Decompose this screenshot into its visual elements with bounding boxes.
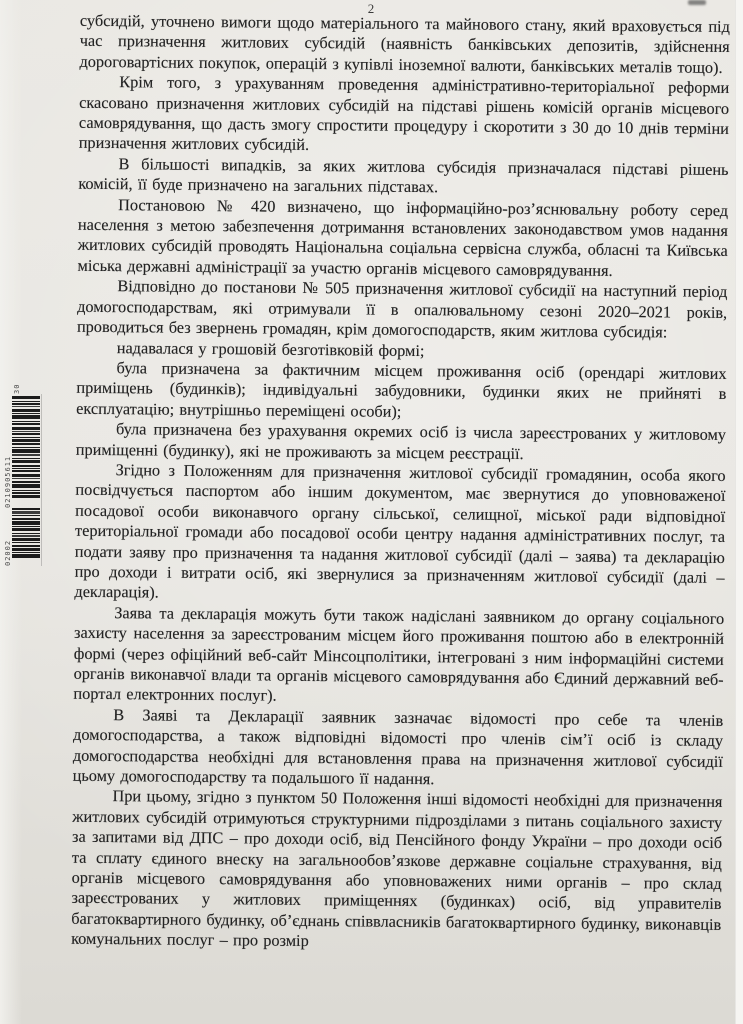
barcode-bar xyxy=(12,468,40,469)
barcode-bar xyxy=(12,437,40,438)
paragraph: В більшості випадків, за яких житлова су… xyxy=(78,154,728,201)
barcode-digits-lower: 02002 xyxy=(4,540,12,566)
paragraph: була призначена за фактичним місцем прож… xyxy=(76,358,727,425)
barcode-bar xyxy=(12,415,40,419)
barcode-bar xyxy=(12,481,40,483)
barcode-bar xyxy=(12,433,40,435)
barcode-bar xyxy=(12,406,40,407)
barcode-bar xyxy=(12,521,40,525)
paragraph: Згідно з Положенням для призначення житл… xyxy=(74,460,725,609)
barcode-bars xyxy=(12,396,40,560)
barcode-bar xyxy=(12,526,40,527)
paragraph: При цьому, згідно з пунктом 50 Положення… xyxy=(71,786,723,955)
barcode-bar xyxy=(12,552,40,553)
barcode-bar xyxy=(12,478,40,479)
paragraph: Постановою № 420 визначено, що інформаці… xyxy=(77,194,728,282)
barcode-bar xyxy=(12,535,40,537)
barcode-bar xyxy=(12,427,40,430)
document-text: субсидій, уточнено вимоги щодо матеріаль… xyxy=(71,11,730,956)
barcode-bar xyxy=(12,465,40,467)
barcode-bar xyxy=(12,443,40,445)
barcode-bar xyxy=(12,518,40,520)
barcode-bar xyxy=(12,423,40,425)
barcode-bar xyxy=(12,460,40,463)
barcode-bar xyxy=(12,538,40,541)
barcode-bar xyxy=(12,528,40,531)
barcode-bar xyxy=(12,439,40,442)
paragraph: Крім того, з урахуванням проведення адмі… xyxy=(79,72,730,160)
barcode-digits-top: 30 xyxy=(13,384,21,394)
barcode-bar xyxy=(12,470,40,472)
paragraph: була призначена без урахування окремих о… xyxy=(76,419,726,466)
scan-edge-strip xyxy=(735,0,743,1024)
barcode-bar xyxy=(12,545,40,547)
barcode-bar xyxy=(12,401,40,402)
barcode-bar xyxy=(12,454,40,456)
scanned-document-page: 2 30 0210905611 02002 субсидій, уточнено… xyxy=(0,0,743,1024)
barcode-bar xyxy=(12,495,40,498)
barcode-bar xyxy=(12,413,40,414)
barcode-bar xyxy=(12,548,40,551)
barcode-bar xyxy=(12,515,40,516)
barcode-bar xyxy=(12,431,40,432)
barcode-bar xyxy=(12,396,40,399)
barcode-bar xyxy=(12,490,40,491)
paragraph: В Заяві та Декларації заявник зазначає в… xyxy=(73,705,724,793)
barcode-digits-upper: 0210905611 xyxy=(4,456,12,508)
paragraph: Відповідно до постанови № 505 призначенн… xyxy=(77,276,728,343)
barcode-bar xyxy=(12,409,40,412)
barcode-bar xyxy=(12,403,40,405)
barcode-bar xyxy=(12,447,40,448)
barcode-edge-line xyxy=(41,394,42,566)
barcode-bar xyxy=(12,458,40,459)
barcode-bar xyxy=(12,492,40,494)
barcode-bar xyxy=(12,508,40,510)
barcode-bar xyxy=(12,421,40,422)
barcode-bar xyxy=(12,554,40,558)
barcode: 30 0210905611 02002 xyxy=(4,390,44,572)
barcode-bar xyxy=(12,533,40,534)
barcode-bar xyxy=(12,474,40,477)
paragraph: субсидій, уточнено вимоги щодо матеріаль… xyxy=(79,11,730,78)
barcode-bar xyxy=(12,511,40,514)
barcode-bar xyxy=(12,449,40,453)
paragraph: Заява та декларація можуть бути також на… xyxy=(73,603,724,711)
barcode-bar xyxy=(12,484,40,488)
barcode-bar xyxy=(12,542,40,543)
